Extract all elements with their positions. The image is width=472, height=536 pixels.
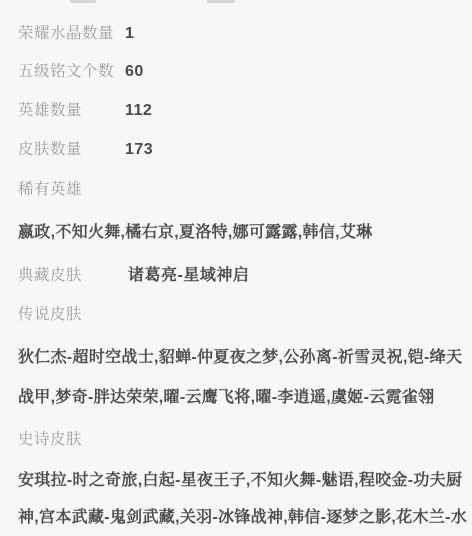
- stat-value: 112: [125, 100, 152, 122]
- clipped-row-fragment: [70, 0, 96, 3]
- stat-value: 173: [125, 139, 153, 161]
- stat-label: 五级铭文个数: [18, 61, 114, 83]
- legend-skins-list: 战甲,梦奇-胖达荣荣,曜-云鹰飞将,曜-李逍遥,虞姬-云霓雀翎: [0, 387, 472, 409]
- section-header-legend-skins: 传说皮肤: [0, 304, 472, 326]
- stat-row-hero-count: 英雄数量 112: [0, 100, 472, 122]
- stat-row-rune-count: 五级铭文个数 60: [0, 61, 472, 83]
- section-header-rare-heroes: 稀有英雄: [0, 179, 472, 201]
- collection-skin-value: 诸葛亮-星域神启: [128, 265, 249, 287]
- legend-skins-line: 战甲,梦奇-胖达荣荣,曜-云鹰飞将,曜-李逍遥,虞姬-云霓雀翎: [18, 387, 434, 409]
- stat-row-honor-crystal: 荣耀水晶数量 1: [0, 23, 472, 45]
- stat-row-skin-count: 皮肤数量 173: [0, 139, 472, 161]
- collection-skin-row: 典藏皮肤 诸葛亮-星域神启: [0, 265, 472, 287]
- rare-heroes-list: 嬴政,不知火舞,橘右京,夏洛特,娜可露露,韩信,艾琳: [0, 222, 472, 244]
- stat-label: 英雄数量: [18, 100, 82, 122]
- rare-heroes-line: 嬴政,不知火舞,橘右京,夏洛特,娜可露露,韩信,艾琳: [18, 222, 372, 244]
- legend-skins-list: 狄仁杰-超时空战士,貂蝉-仲夏夜之梦,公孙离-祈雪灵祝,铠-绛天: [0, 347, 472, 369]
- section-header-epic-skins: 史诗皮肤: [0, 429, 472, 451]
- epic-skins-line: 神,宫本武藏-鬼剑武藏,关羽-冰锋战神,韩信-逐梦之影,花木兰-水: [18, 507, 467, 529]
- stat-label: 荣耀水晶数量: [18, 23, 114, 45]
- clipped-row-fragment: [207, 0, 235, 3]
- epic-skins-list: 安琪拉-时之奇旅,白起-星夜王子,不知火舞-魅语,程咬金-功夫厨: [0, 470, 472, 492]
- section-label: 典藏皮肤: [18, 265, 82, 287]
- stat-label: 皮肤数量: [18, 139, 82, 161]
- section-label: 稀有英雄: [18, 179, 82, 201]
- section-label: 史诗皮肤: [18, 429, 82, 451]
- stat-value: 60: [125, 61, 144, 83]
- legend-skins-line: 狄仁杰-超时空战士,貂蝉-仲夏夜之梦,公孙离-祈雪灵祝,铠-绛天: [18, 347, 462, 369]
- stat-value: 1: [125, 23, 134, 45]
- section-label: 传说皮肤: [18, 304, 82, 326]
- epic-skins-line: 安琪拉-时之奇旅,白起-星夜王子,不知火舞-魅语,程咬金-功夫厨: [18, 470, 462, 492]
- epic-skins-list: 神,宫本武藏-鬼剑武藏,关羽-冰锋战神,韩信-逐梦之影,花木兰-水: [0, 507, 472, 529]
